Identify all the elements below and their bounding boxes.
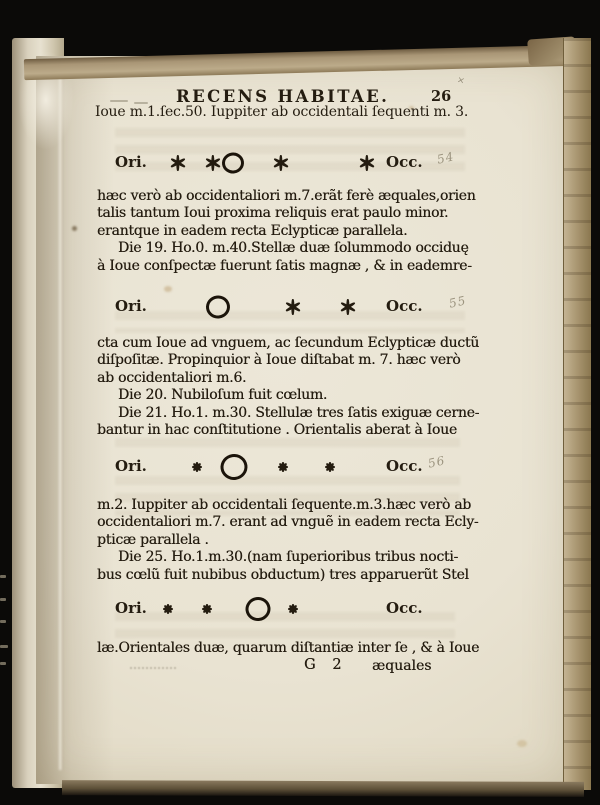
jupiter-diagram-1: Ori. Occ. 54 <box>0 148 600 178</box>
handwritten-figure-number: 54 <box>436 149 456 166</box>
occ-label: Occ. <box>386 457 423 475</box>
paragraph: læ.Orientales duæ, quarum diſtantiæ inte… <box>97 640 479 657</box>
occ-label: Occ. <box>386 297 423 315</box>
jupiter-diagram-2: Ori. Occ. 55 <box>0 292 600 322</box>
facing-page-fragment <box>0 662 6 665</box>
ori-label: Ori. <box>115 297 147 315</box>
occ-label: Occ. <box>386 153 423 171</box>
jupiter-diagram-3: Ori. Occ. 56 <box>0 452 600 482</box>
text-line: Die 21. Ho.1. m.30. Stellulæ tres ſatis … <box>97 405 479 422</box>
text-line: ab occidentaliori m.6. <box>97 370 479 387</box>
ink-smudge <box>130 662 176 669</box>
text-line: occidentaliori m.7. erant ad vnguẽ in ea… <box>97 514 478 531</box>
ori-label: Ori. <box>115 599 147 617</box>
star-icon <box>325 462 335 472</box>
text-line: talis tantum Ioui proxima reliquis erat … <box>97 205 475 222</box>
text-line: à Ioue conſpectæ fuerunt ſatis magnæ , &… <box>97 258 475 275</box>
occ-label: Occ. <box>386 599 423 617</box>
text-line: pticæ parallela . <box>97 532 478 549</box>
text-line: Die 25. Ho.1.m.30.(nam ſuperioribus trib… <box>97 549 478 566</box>
paragraph: cta cum Ioue ad vnguem, ac ſecundum Ecly… <box>97 335 479 439</box>
paragraph: m.2. Iuppiter ab occidentali ſequente.m.… <box>97 497 478 584</box>
show-through <box>115 438 460 451</box>
star-icon <box>285 299 301 315</box>
star-icon <box>170 155 186 171</box>
paragraph: hæc verò ab occidentaliori m.7.erãt ferè… <box>97 188 475 275</box>
jupiter-circle-icon <box>221 151 246 175</box>
star-icon <box>273 155 289 171</box>
jupiter-circle-icon <box>219 452 249 482</box>
text-line: læ.Orientales duæ, quarum diſtantiæ inte… <box>97 640 479 657</box>
text-line: bus cœlũ fuit nubibus obductum) tres app… <box>97 567 478 584</box>
page-number: 26 <box>431 88 451 105</box>
ori-label: Ori. <box>115 153 147 171</box>
handwritten-figure-number: 55 <box>448 293 468 310</box>
star-icon <box>278 462 288 472</box>
facing-page-fragment <box>0 645 8 648</box>
text-line: diſpoſitæ. Propinquior à Ioue diſtabat m… <box>97 352 479 369</box>
star-icon <box>205 155 221 171</box>
text-line: Die 19. Ho.0. m.40.Stellæ duæ ſolummodo … <box>97 240 475 257</box>
text-line: m.2. Iuppiter ab occidentali ſequente.m.… <box>97 497 478 514</box>
star-icon <box>202 604 212 614</box>
jupiter-diagram-4: Ori. Occ. <box>0 594 600 624</box>
text-line: hæc verò ab occidentaliori m.7.erãt ferè… <box>97 188 475 205</box>
intro-line: Ioue m.1.ſec.50. Iuppiter ab occidentali… <box>95 104 468 120</box>
star-icon <box>163 604 173 614</box>
star-icon <box>340 299 356 315</box>
jupiter-circle-icon <box>244 595 272 622</box>
star-icon <box>288 604 298 614</box>
handwritten-figure-number: 56 <box>427 453 447 470</box>
catchword: æquales <box>372 658 431 674</box>
ori-label: Ori. <box>115 457 147 475</box>
facing-page-fragment <box>0 575 6 578</box>
book-photo: RECENS HABITAE. 26 Ioue m.1.ſec.50. Iupp… <box>0 0 600 805</box>
text-line: Die 20. Nubiloſum fuit cœlum. <box>97 387 479 404</box>
text-line: bantur in hac conſtitutione . Orientalis… <box>97 422 479 439</box>
stain <box>517 740 527 747</box>
text-line: cta cum Ioue ad vnguem, ac ſecundum Ecly… <box>97 335 479 352</box>
smudge-mark <box>110 100 128 102</box>
star-icon <box>192 462 202 472</box>
signature-mark: G 2 <box>304 657 347 673</box>
jupiter-circle-icon <box>205 294 232 320</box>
star-icon <box>359 155 375 171</box>
stain <box>72 226 77 231</box>
page-block-bottom-edge <box>62 780 584 797</box>
text-line: erantque in eadem recta Eclypticæ parall… <box>97 223 475 240</box>
